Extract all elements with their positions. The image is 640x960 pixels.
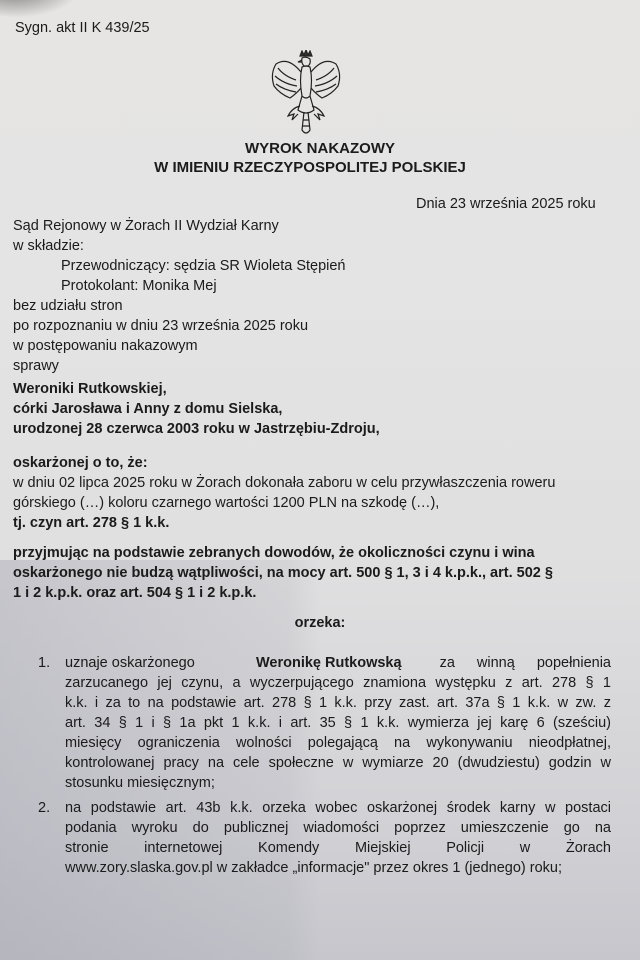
court-line: Sąd Rejonowy w Żorach II Wydział Karny bbox=[13, 216, 346, 236]
defendant-parents: córki Jarosława i Anny z domu Sielska, bbox=[13, 399, 380, 419]
item-body: uznaje oskarżonego Weronikę Rutkowską za… bbox=[65, 653, 611, 793]
legal-basis-line: 1 i 2 k.p.k. oraz art. 504 § 1 i 2 k.p.k… bbox=[13, 583, 553, 603]
defendant-birth: urodzonej 28 czerwca 2003 roku w Jastrzę… bbox=[13, 419, 380, 439]
document-title: WYROK NAKAZOWY bbox=[0, 140, 640, 157]
legal-basis-line: przyjmując na podstawie zebranych dowodó… bbox=[13, 543, 553, 563]
item-line: www.zory.slaska.gov.pl w zakładce „infor… bbox=[65, 858, 611, 878]
item-line: zarzucanego jej czynu, a wyczerpującego … bbox=[65, 673, 611, 693]
item-line: podania wyroku do publicznej wiadomości … bbox=[65, 818, 611, 838]
court-line: po rozpoznaniu w dniu 23 września 2025 r… bbox=[13, 316, 346, 336]
charge-line: w dniu 02 lipca 2025 roku w Żorach dokon… bbox=[13, 473, 555, 493]
item-line: k.k. i za to na podstawie art. 278 § 1 k… bbox=[65, 693, 611, 713]
court-composition: Sąd Rejonowy w Żorach II Wydział Karny w… bbox=[13, 216, 346, 376]
item-line: miesięcy ograniczenia wolności polegając… bbox=[65, 733, 611, 753]
court-line: w składzie: bbox=[13, 236, 346, 256]
item-first-line: uznaje oskarżonego Weronikę Rutkowską za… bbox=[65, 653, 611, 673]
document-subtitle: W IMIENIU RZECZYPOSPOLITEJ POLSKIEJ bbox=[0, 159, 620, 176]
defendant-details: Weroniki Rutkowskiej, córki Jarosława i … bbox=[13, 379, 380, 439]
court-line: bez udziału stron bbox=[13, 296, 346, 316]
charge-heading: oskarżonej o to, że: bbox=[13, 453, 555, 473]
legal-basis: przyjmując na podstawie zebranych dowodó… bbox=[13, 543, 553, 603]
document-date: Dnia 23 września 2025 roku bbox=[416, 194, 596, 214]
item-line: kontrolowanej pracy na cele społeczne w … bbox=[65, 753, 611, 773]
case-signature: Sygn. akt II K 439/25 bbox=[15, 20, 150, 36]
convicted-name: Weronikę Rutkowską bbox=[256, 653, 402, 673]
item-line: na podstawie art. 43b k.k. orzeka wobec … bbox=[65, 798, 611, 818]
polish-eagle-emblem-icon bbox=[266, 50, 346, 138]
item-line: art. 34 § 1 i § 1a pkt 1 k.k. i art. 35 … bbox=[65, 713, 611, 733]
court-document-page: Sygn. akt II K 439/25 WYROK NAKAZOWY W I… bbox=[0, 0, 640, 960]
ruling-heading: orzeka: bbox=[0, 613, 640, 633]
item-line: stosunku miesięcznym; bbox=[65, 773, 611, 793]
court-line: w postępowaniu nakazowym bbox=[13, 336, 346, 356]
defendant-name: Weroniki Rutkowskiej, bbox=[13, 379, 380, 399]
presiding-judge: Przewodniczący: sędzia SR Wioleta Stępie… bbox=[13, 256, 346, 276]
item-text: uznaje oskarżonego bbox=[65, 653, 195, 673]
court-clerk: Protokolant: Monika Mej bbox=[13, 276, 346, 296]
charge-section: oskarżonej o to, że: w dniu 02 lipca 202… bbox=[13, 453, 555, 533]
item-number: 2. bbox=[38, 798, 50, 818]
item-number: 1. bbox=[38, 653, 50, 673]
item-body: na podstawie art. 43b k.k. orzeka wobec … bbox=[65, 798, 611, 878]
charge-line: górskiego (…) koloru czarnego wartości 1… bbox=[13, 493, 555, 513]
court-line: sprawy bbox=[13, 356, 346, 376]
item-text: za winną popełnienia bbox=[440, 653, 611, 673]
charge-qualification: tj. czyn art. 278 § 1 k.k. bbox=[13, 513, 555, 533]
item-line: stronie internetowej Komendy Miejskiej P… bbox=[65, 838, 611, 858]
legal-basis-line: oskarżonego nie budzą wątpliwości, na mo… bbox=[13, 563, 553, 583]
